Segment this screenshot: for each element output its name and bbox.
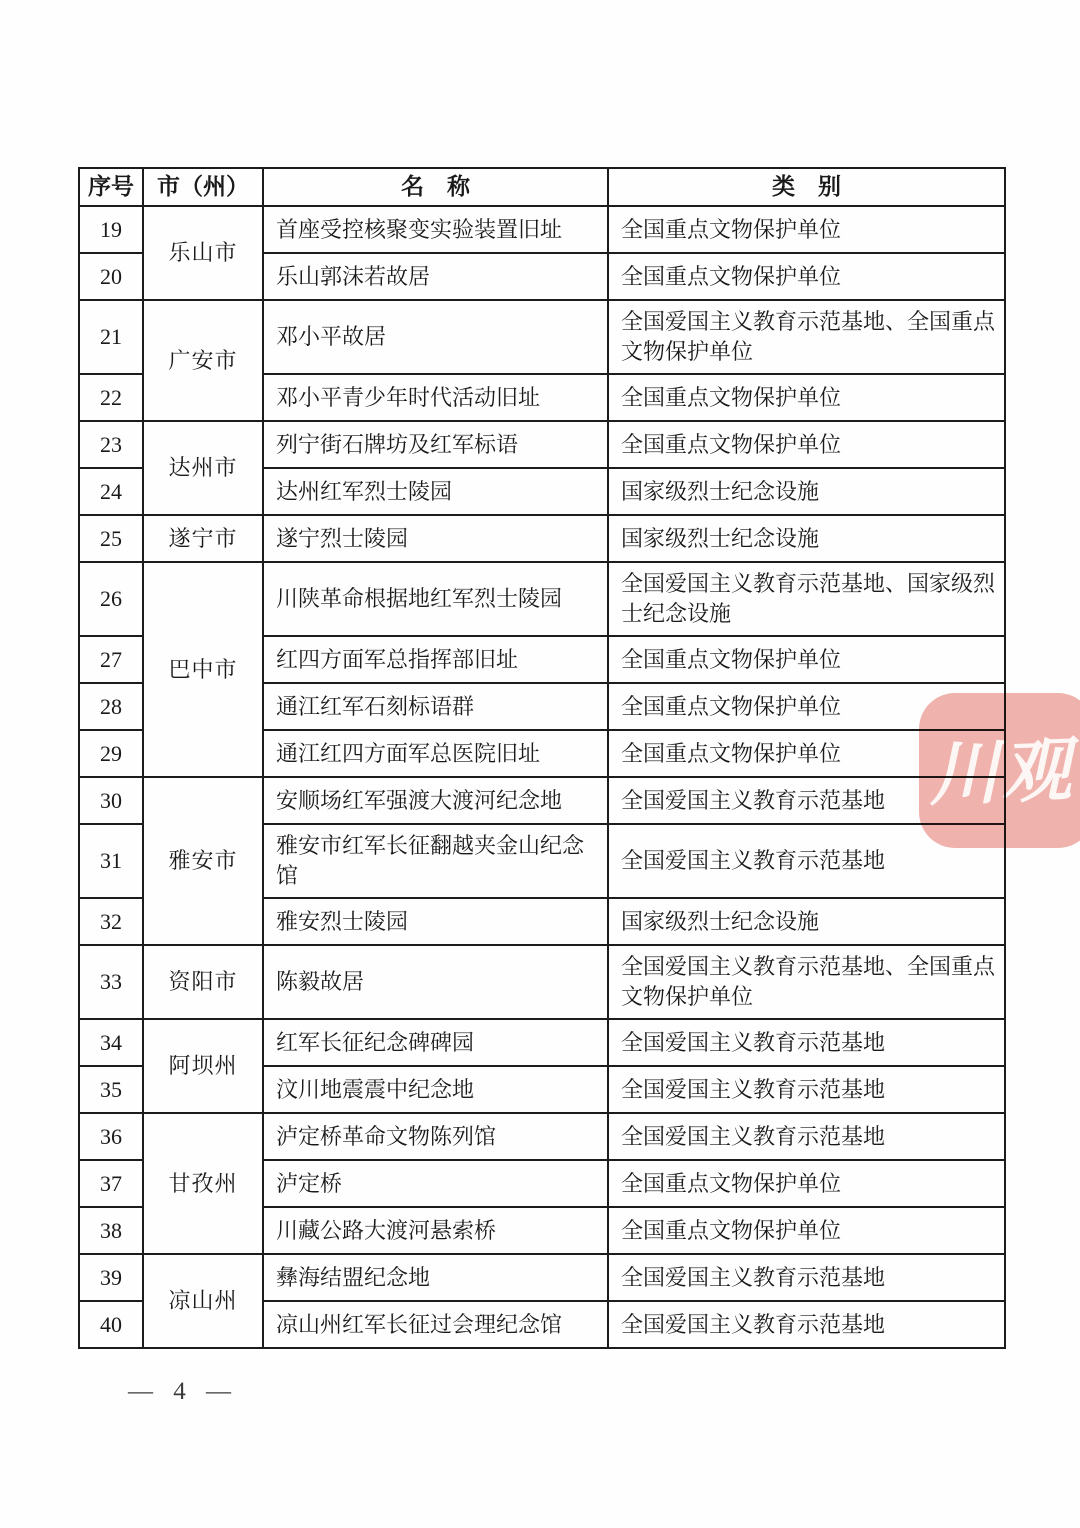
row-number-cell: 31 [79,824,143,898]
row-number-cell: 24 [79,468,143,515]
site-name-cell: 凉山州红军长征过会理纪念馆 [263,1301,608,1348]
site-name-cell: 乐山郭沫若故居 [263,253,608,300]
site-name-cell: 遂宁烈士陵园 [263,515,608,562]
site-name-cell: 邓小平故居 [263,300,608,374]
header-city: 市（州） [143,168,263,206]
site-category-cell: 国家级烈士纪念设施 [608,515,1005,562]
city-cell: 阿坝州 [143,1019,263,1113]
row-number-cell: 28 [79,683,143,730]
site-category-cell: 国家级烈士纪念设施 [608,468,1005,515]
site-name-cell: 红军长征纪念碑碑园 [263,1019,608,1066]
site-category-cell: 全国重点文物保护单位 [608,636,1005,683]
site-name-cell: 陈毅故居 [263,945,608,1019]
site-category-cell: 全国爱国主义教育示范基地 [608,777,1005,824]
header-name: 名 称 [263,168,608,206]
site-category-cell: 全国重点文物保护单位 [608,374,1005,421]
site-category-cell: 全国爱国主义教育示范基地、全国重点文物保护单位 [608,300,1005,374]
site-name-cell: 泸定桥 [263,1160,608,1207]
table-row: 36甘孜州泸定桥革命文物陈列馆全国爱国主义教育示范基地 [79,1113,1005,1160]
row-number-cell: 38 [79,1207,143,1254]
header-no: 序号 [79,168,143,206]
row-number-cell: 30 [79,777,143,824]
site-name-cell: 通江红军石刻标语群 [263,683,608,730]
row-number-cell: 37 [79,1160,143,1207]
table-row: 26巴中市川陕革命根据地红军烈士陵园全国爱国主义教育示范基地、国家级烈士纪念设施 [79,562,1005,636]
site-category-cell: 全国爱国主义教育示范基地 [608,1019,1005,1066]
row-number-cell: 21 [79,300,143,374]
row-number-cell: 36 [79,1113,143,1160]
site-category-cell: 全国爱国主义教育示范基地 [608,1254,1005,1301]
site-category-cell: 全国爱国主义教育示范基地 [608,824,1005,898]
site-name-cell: 达州红军烈士陵园 [263,468,608,515]
table-row: 30雅安市安顺场红军强渡大渡河纪念地全国爱国主义教育示范基地 [79,777,1005,824]
row-number-cell: 40 [79,1301,143,1348]
site-category-cell: 全国重点文物保护单位 [608,683,1005,730]
row-number-cell: 25 [79,515,143,562]
row-number-cell: 23 [79,421,143,468]
city-cell: 遂宁市 [143,515,263,562]
site-category-cell: 全国爱国主义教育示范基地 [608,1113,1005,1160]
row-number-cell: 20 [79,253,143,300]
site-name-cell: 邓小平青少年时代活动旧址 [263,374,608,421]
row-number-cell: 39 [79,1254,143,1301]
site-category-cell: 全国重点文物保护单位 [608,421,1005,468]
site-category-cell: 全国爱国主义教育示范基地、全国重点文物保护单位 [608,945,1005,1019]
site-name-cell: 红四方面军总指挥部旧址 [263,636,608,683]
site-name-cell: 汶川地震震中纪念地 [263,1066,608,1113]
site-name-cell: 川藏公路大渡河悬索桥 [263,1207,608,1254]
city-cell: 乐山市 [143,206,263,300]
row-number-cell: 27 [79,636,143,683]
table-row: 19乐山市首座受控核聚变实验装置旧址全国重点文物保护单位 [79,206,1005,253]
city-cell: 凉山州 [143,1254,263,1348]
site-category-cell: 全国重点文物保护单位 [608,730,1005,777]
table-body: 19乐山市首座受控核聚变实验装置旧址全国重点文物保护单位20乐山郭沫若故居全国重… [79,206,1005,1348]
document-page: 序号 市（州） 名 称 类 别 19乐山市首座受控核聚变实验装置旧址全国重点文物… [0,0,1080,1528]
site-category-cell: 全国爱国主义教育示范基地、国家级烈士纪念设施 [608,562,1005,636]
row-number-cell: 33 [79,945,143,1019]
site-category-cell: 全国重点文物保护单位 [608,206,1005,253]
city-cell: 达州市 [143,421,263,515]
site-category-cell: 全国重点文物保护单位 [608,253,1005,300]
city-cell: 甘孜州 [143,1113,263,1254]
city-cell: 巴中市 [143,562,263,777]
site-category-cell: 全国爱国主义教育示范基地 [608,1066,1005,1113]
site-category-cell: 全国重点文物保护单位 [608,1207,1005,1254]
city-cell: 广安市 [143,300,263,421]
table-row: 25遂宁市遂宁烈士陵园国家级烈士纪念设施 [79,515,1005,562]
city-cell: 资阳市 [143,945,263,1019]
table-row: 34阿坝州红军长征纪念碑碑园全国爱国主义教育示范基地 [79,1019,1005,1066]
table-row: 21广安市邓小平故居全国爱国主义教育示范基地、全国重点文物保护单位 [79,300,1005,374]
table-row: 33资阳市陈毅故居全国爱国主义教育示范基地、全国重点文物保护单位 [79,945,1005,1019]
row-number-cell: 19 [79,206,143,253]
city-cell: 雅安市 [143,777,263,945]
page-number: — 4 — [128,1378,238,1406]
site-name-cell: 通江红四方面军总医院旧址 [263,730,608,777]
site-category-cell: 全国重点文物保护单位 [608,1160,1005,1207]
site-category-cell: 国家级烈士纪念设施 [608,898,1005,945]
table-row: 39凉山州彝海结盟纪念地全国爱国主义教育示范基地 [79,1254,1005,1301]
row-number-cell: 26 [79,562,143,636]
site-category-cell: 全国爱国主义教育示范基地 [608,1301,1005,1348]
heritage-sites-table: 序号 市（州） 名 称 类 别 19乐山市首座受控核聚变实验装置旧址全国重点文物… [78,167,1006,1349]
site-name-cell: 首座受控核聚变实验装置旧址 [263,206,608,253]
header-row: 序号 市（州） 名 称 类 别 [79,168,1005,206]
row-number-cell: 29 [79,730,143,777]
header-category: 类 别 [608,168,1005,206]
site-name-cell: 安顺场红军强渡大渡河纪念地 [263,777,608,824]
table-row: 23达州市列宁街石牌坊及红军标语全国重点文物保护单位 [79,421,1005,468]
site-name-cell: 雅安烈士陵园 [263,898,608,945]
site-name-cell: 列宁街石牌坊及红军标语 [263,421,608,468]
site-name-cell: 川陕革命根据地红军烈士陵园 [263,562,608,636]
row-number-cell: 22 [79,374,143,421]
row-number-cell: 34 [79,1019,143,1066]
table-header: 序号 市（州） 名 称 类 别 [79,168,1005,206]
row-number-cell: 35 [79,1066,143,1113]
site-name-cell: 泸定桥革命文物陈列馆 [263,1113,608,1160]
row-number-cell: 32 [79,898,143,945]
site-name-cell: 雅安市红军长征翻越夹金山纪念馆 [263,824,608,898]
site-name-cell: 彝海结盟纪念地 [263,1254,608,1301]
